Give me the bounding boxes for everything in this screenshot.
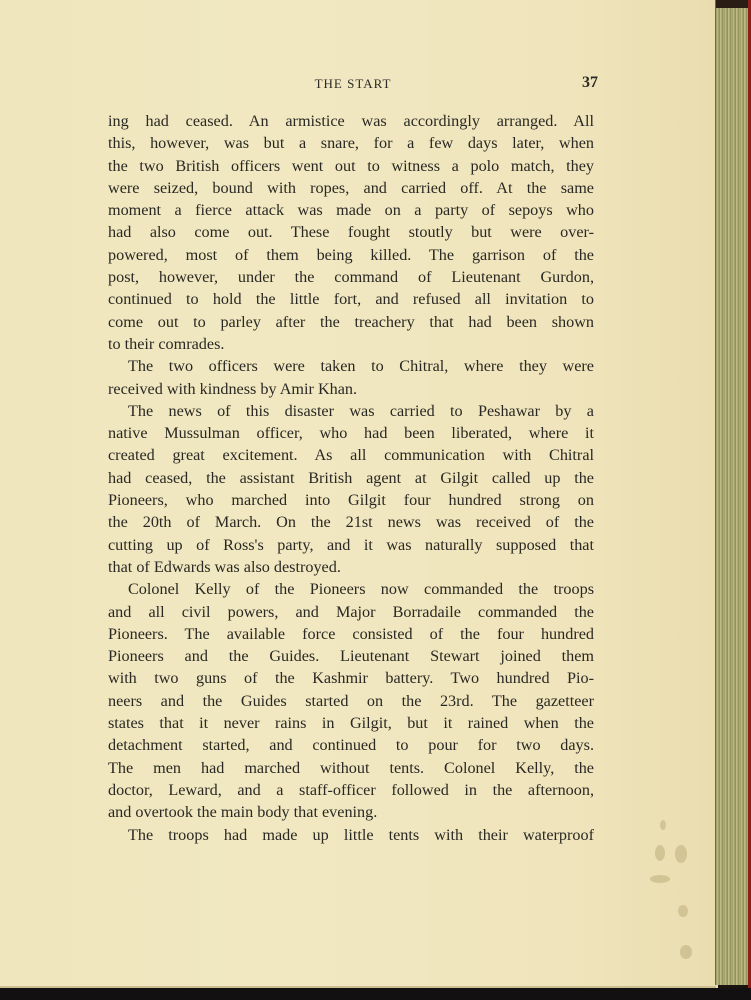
- foxing-stain: [680, 945, 692, 959]
- text-line: moment a fierce attack was made on a par…: [108, 199, 594, 221]
- text-line: that of Edwards was also destroyed.: [108, 556, 594, 578]
- text-line: Pioneers, who marched into Gilgit four h…: [108, 489, 594, 511]
- text-line: Pioneers. The available force consisted …: [108, 623, 594, 645]
- text-line: powered, most of them being killed. The …: [108, 244, 594, 266]
- text-line: created great excitement. As all communi…: [108, 444, 594, 466]
- text-line: had also come out. These fought stoutly …: [108, 221, 594, 243]
- page-header: THE START 37: [108, 76, 598, 96]
- text-line: The two officers were taken to Chitral, …: [108, 355, 594, 377]
- foxing-stain: [650, 875, 670, 883]
- text-line: states that it never rains in Gilgit, bu…: [108, 712, 594, 734]
- foxing-stain: [675, 845, 687, 863]
- text-line: The men had marched without tents. Colon…: [108, 757, 594, 779]
- text-line: this, however, was but a snare, for a fe…: [108, 132, 594, 154]
- text-line: doctor, Leward, and a staff-officer foll…: [108, 779, 594, 801]
- text-line: with two guns of the Kashmir battery. Tw…: [108, 667, 594, 689]
- foxing-stain: [655, 845, 665, 861]
- book-bottom-shadow: [0, 988, 751, 1000]
- text-line: continued to hold the little fort, and r…: [108, 288, 594, 310]
- text-line: cutting up of Ross's party, and it was n…: [108, 534, 594, 556]
- text-line: the two British officers went out to wit…: [108, 155, 594, 177]
- text-line: post, however, under the command of Lieu…: [108, 266, 594, 288]
- text-line: neers and the Guides started on the 23rd…: [108, 690, 594, 712]
- running-title: THE START: [108, 76, 598, 92]
- text-line: Colonel Kelly of the Pioneers now comman…: [108, 578, 594, 600]
- text-line: come out to parley after the treachery t…: [108, 311, 594, 333]
- text-line: were seized, bound with ropes, and carri…: [108, 177, 594, 199]
- text-line: Pioneers and the Guides. Lieutenant Stew…: [108, 645, 594, 667]
- page-number: 37: [582, 74, 598, 92]
- foxing-stain: [678, 905, 688, 917]
- text-line: ing had ceased. An armistice was accordi…: [108, 110, 594, 132]
- text-line: The troops had made up little tents with…: [108, 824, 594, 846]
- text-line: and all civil powers, and Major Borradai…: [108, 601, 594, 623]
- text-line: had ceased, the assistant British agent …: [108, 467, 594, 489]
- text-line: the 20th of March. On the 21st news was …: [108, 511, 594, 533]
- text-line: to their comrades.: [108, 333, 594, 355]
- book-spine-top: [716, 0, 751, 8]
- text-line: detachment started, and continued to pou…: [108, 734, 594, 756]
- body-text: ing had ceased. An armistice was accordi…: [108, 110, 594, 846]
- text-line: The news of this disaster was carried to…: [108, 400, 594, 422]
- text-line: native Mussulman officer, who had been l…: [108, 422, 594, 444]
- text-line: received with kindness by Amir Khan.: [108, 378, 594, 400]
- foxing-stain: [660, 820, 666, 830]
- page-edges: [715, 0, 751, 985]
- text-line: and overtook the main body that evening.: [108, 801, 594, 823]
